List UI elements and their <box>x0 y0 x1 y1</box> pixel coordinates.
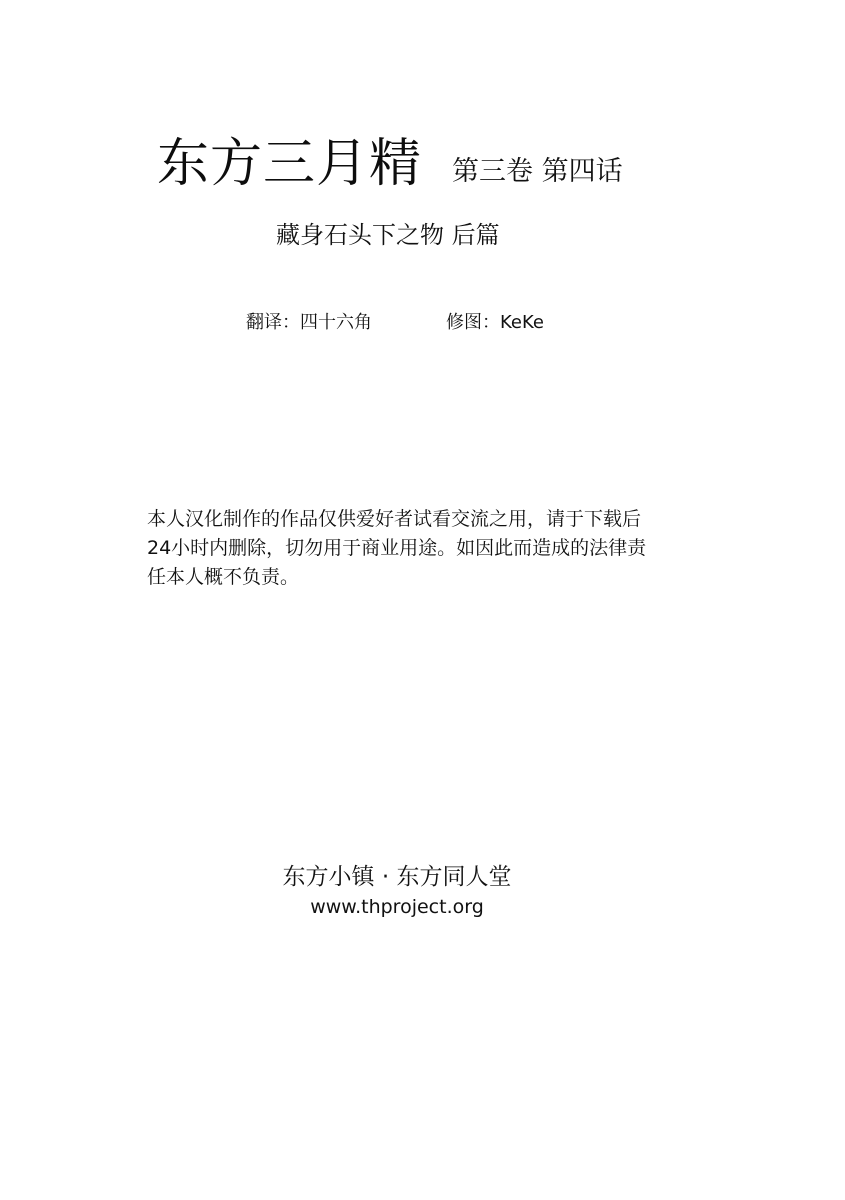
disclaimer-text: 本人汉化制作的作品仅供爱好者试看交流之用，请于下载后 24小时内删除，切勿用于商… <box>147 505 687 592</box>
disclaimer-line: 24小时内删除，切勿用于商业用途。如因此而造成的法律责 <box>147 534 687 563</box>
footer: 东方小镇 · 东方同人堂 www.thproject.org <box>262 860 532 920</box>
disclaimer-line: 本人汉化制作的作品仅供爱好者试看交流之用，请于下载后 <box>147 505 687 534</box>
comic-title: 东方三月精 <box>157 132 422 196</box>
website-url: www.thproject.org <box>262 894 532 920</box>
group-name: 东方小镇 · 东方同人堂 <box>262 860 532 894</box>
chapter-subtitle: 藏身石头下之物 后篇 <box>276 218 500 252</box>
disclaimer-line: 任本人概不负责。 <box>147 563 687 592</box>
volume-chapter: 第三卷 第四话 <box>452 154 623 190</box>
translator-credit: 翻译：四十六角 <box>246 310 372 336</box>
editor-credit: 修图：KeKe <box>446 310 544 336</box>
